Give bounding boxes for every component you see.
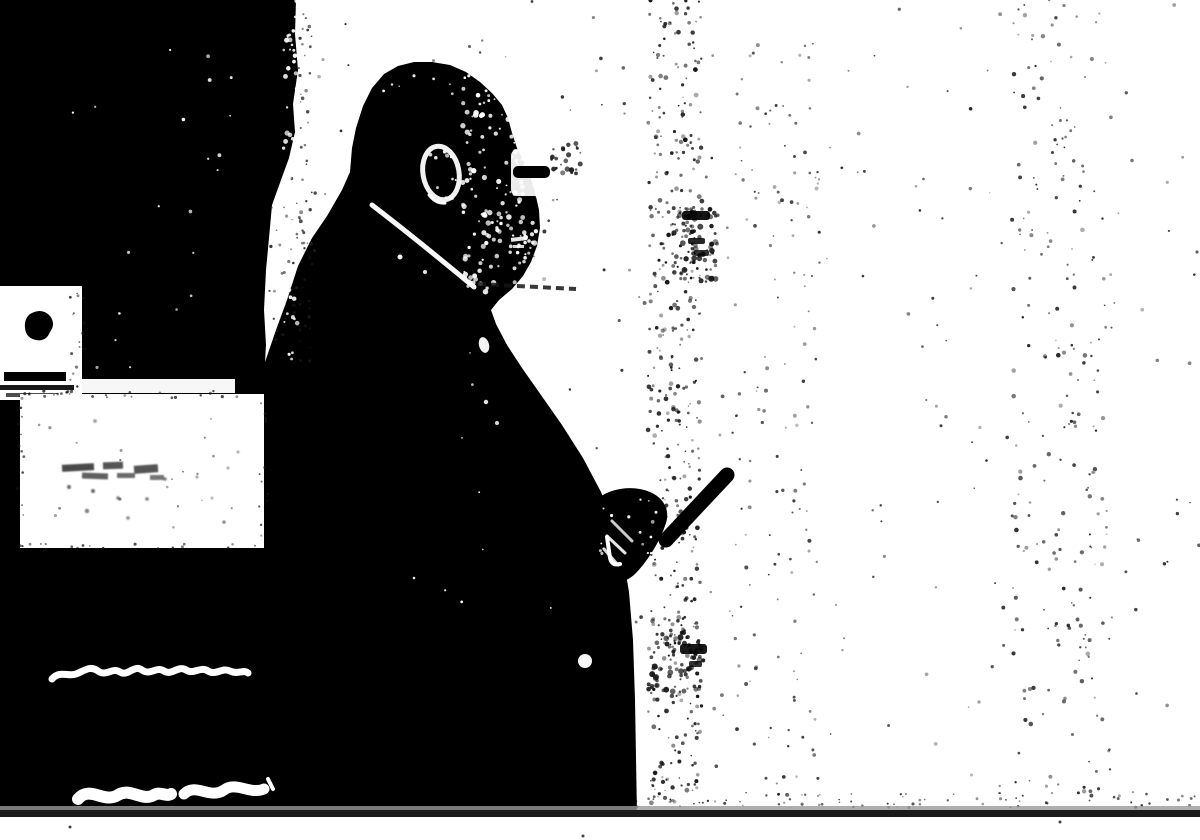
mouth-highlight-dot <box>527 239 531 243</box>
door-latch-mark <box>688 238 705 244</box>
door-hinge-mark <box>680 644 707 654</box>
sign-smudge-text <box>134 464 158 474</box>
coat-button-lower <box>578 654 592 668</box>
mouth-highlight-dash <box>513 245 524 248</box>
floor-rule-dark-bar <box>0 810 1200 817</box>
door-latch-mark <box>682 211 710 220</box>
photo-frame <box>0 0 1200 840</box>
photo-layers <box>0 0 1200 840</box>
eyeglass-temple-bar <box>513 166 550 178</box>
sign-smudge-dot <box>91 489 95 493</box>
white-scrawl-lower-right <box>184 787 264 794</box>
sign-smudge-dot <box>85 509 89 513</box>
below-rule-dot <box>582 835 585 838</box>
photo-canvas <box>0 0 1200 840</box>
wall-device-slot-line <box>0 385 74 390</box>
sign-smudge-dot <box>93 419 97 423</box>
sign-smudge-dot <box>237 451 240 454</box>
chest-speck <box>484 400 488 404</box>
collar-speck <box>398 255 403 260</box>
sign-smudge-text <box>117 473 135 478</box>
sign-smudge-text <box>103 462 123 470</box>
below-rule-dot <box>1059 821 1062 824</box>
door-latch-mark <box>694 250 709 256</box>
sign-smudge-dot <box>145 497 149 501</box>
sign-smudge-dot <box>67 485 71 489</box>
sign-smudge-dot <box>211 497 214 500</box>
sign-smudge-text <box>150 475 164 480</box>
chest-speck <box>495 421 499 425</box>
sign-smudge-dot <box>227 467 230 470</box>
white-scrawl-lower-left <box>78 793 171 799</box>
wall-device-panel <box>0 286 82 400</box>
sign-smudge-text <box>82 473 108 480</box>
sign-smudge-dot <box>126 516 130 520</box>
collar-speck <box>423 270 427 274</box>
wall-device-slot-bar <box>4 372 66 381</box>
floor-rule-gray <box>0 806 1200 810</box>
below-rule-dot <box>69 826 72 829</box>
door-hinge-mark <box>689 661 702 667</box>
sign-smudge-dot <box>196 476 199 479</box>
sign-smudge-dot <box>163 477 167 481</box>
sign-smudge-dot <box>116 496 120 500</box>
